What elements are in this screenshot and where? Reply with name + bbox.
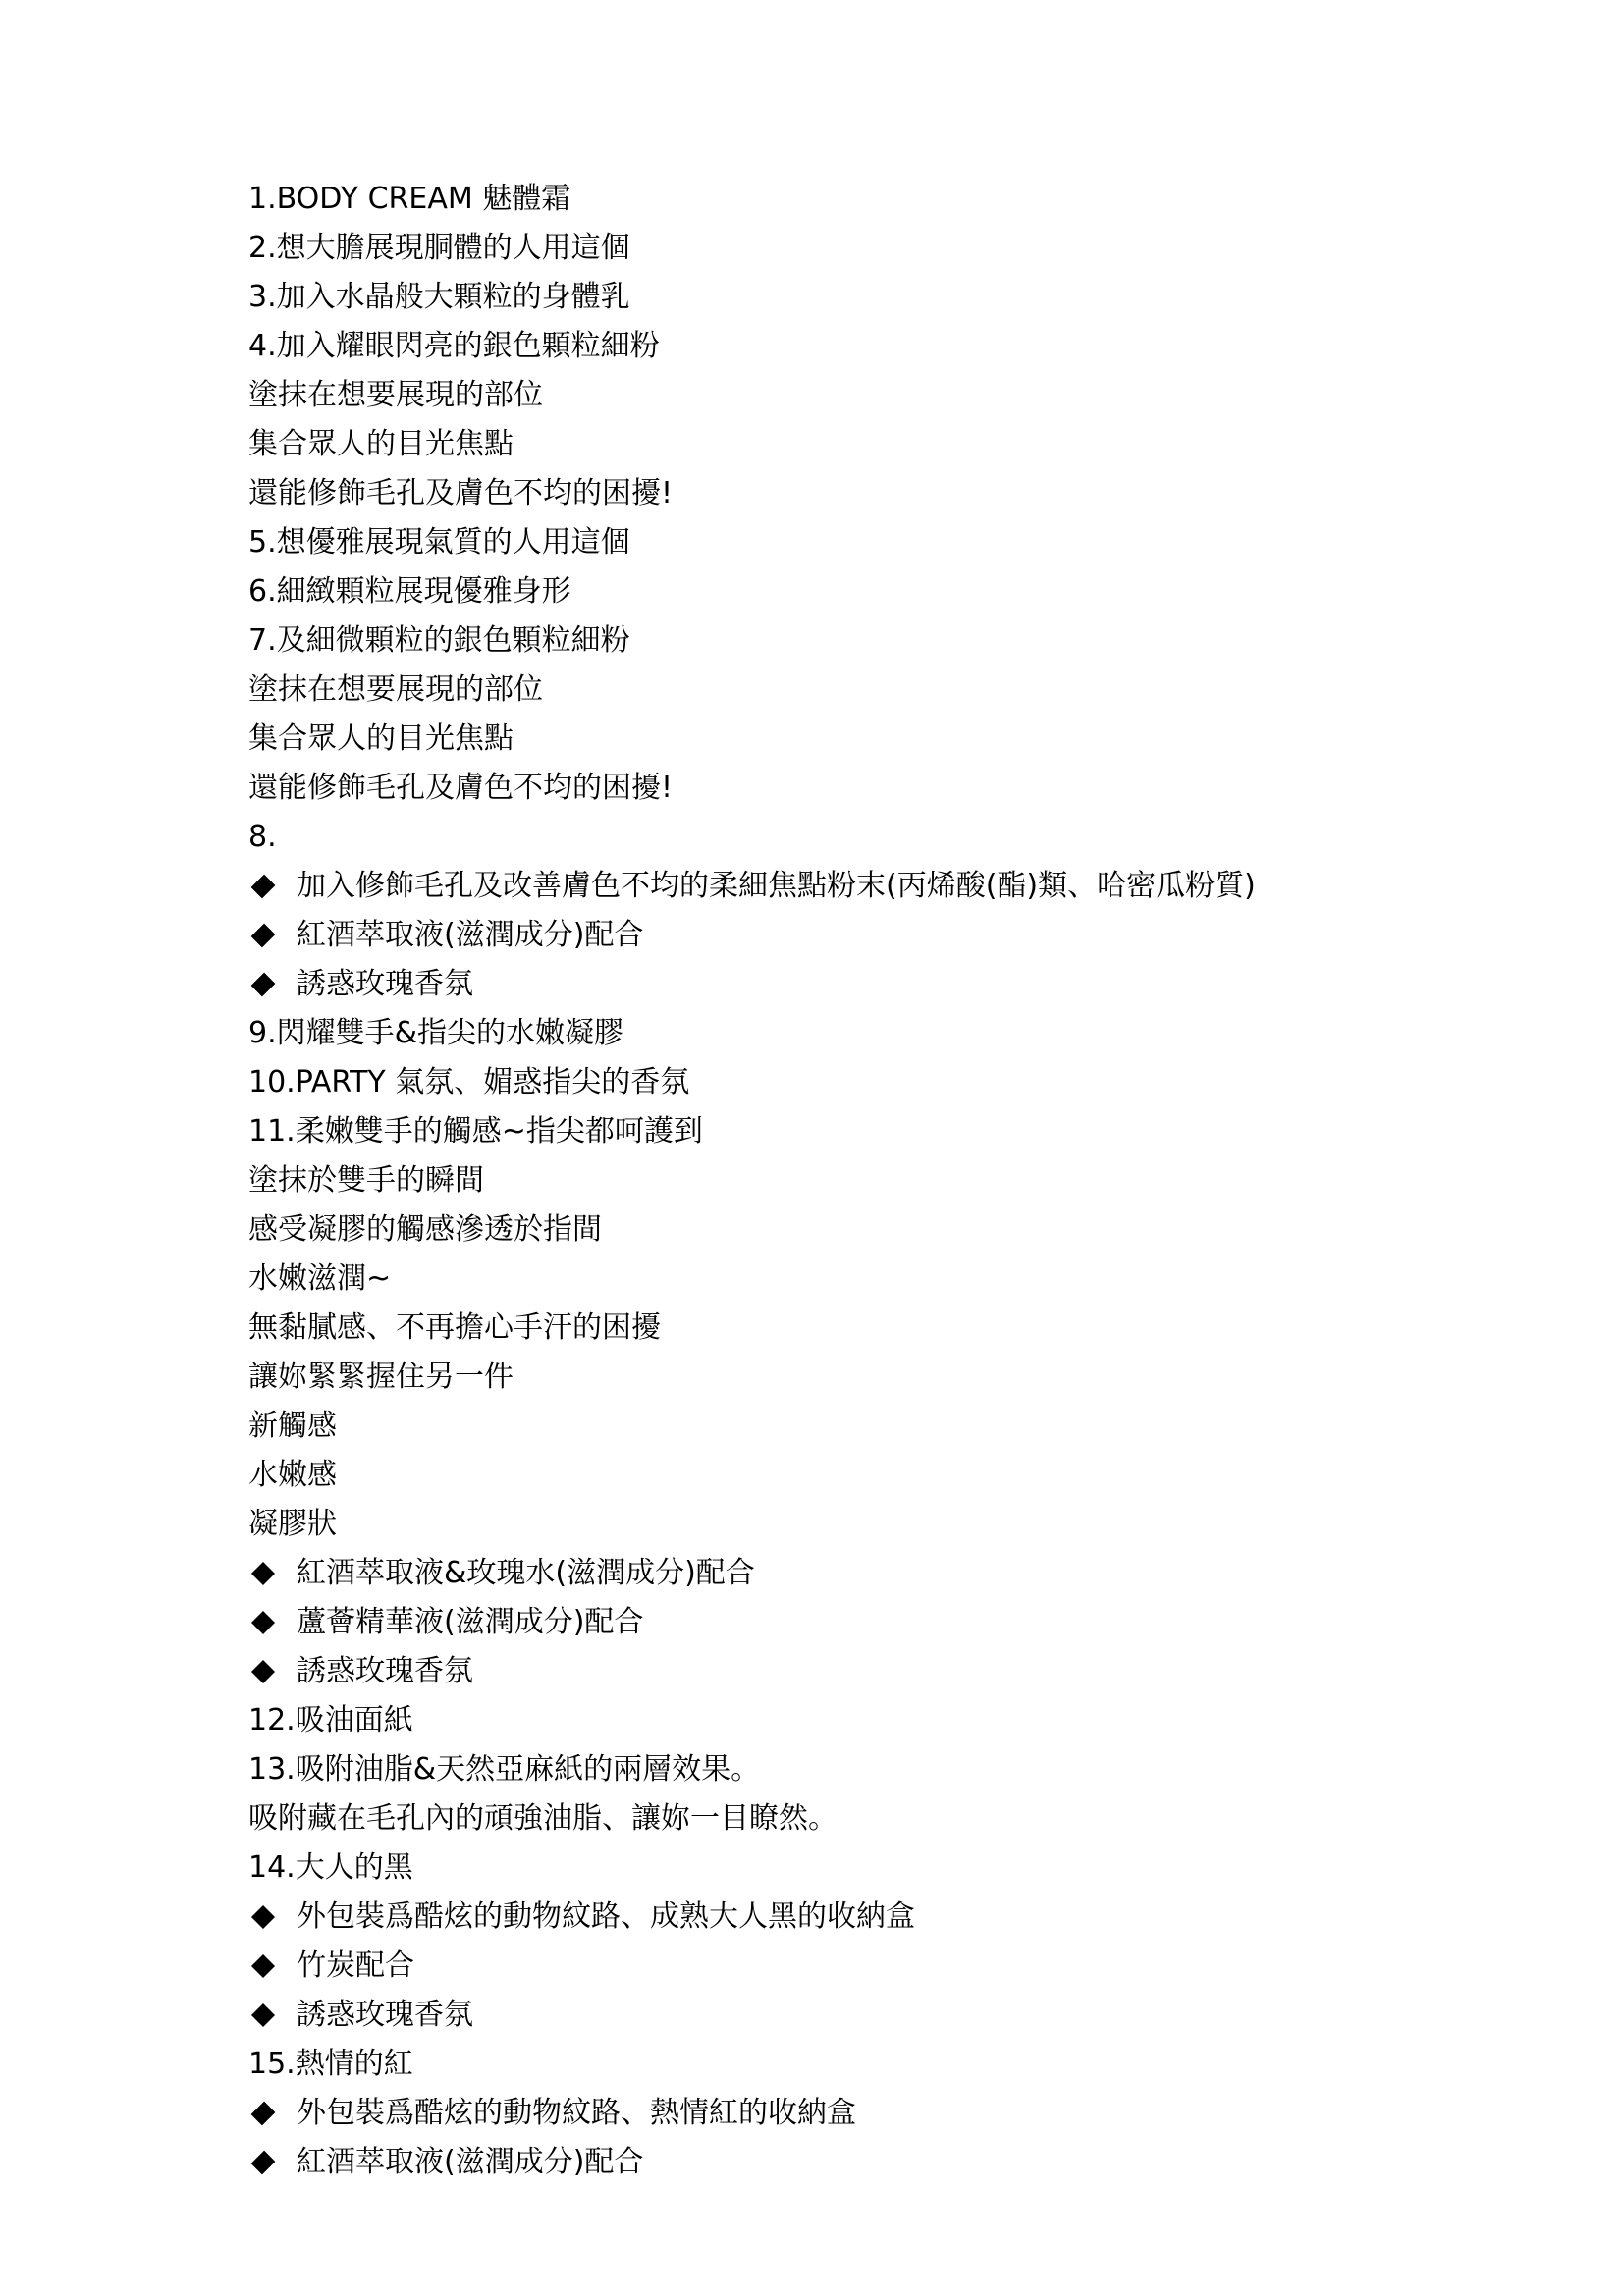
bullet-item: 蘆薈精華液(滋潤成分)配合 [248, 1598, 1427, 1647]
text-line: 4.加入耀眼閃亮的銀色顆粒細粉 [248, 322, 1427, 371]
bullet-item: 紅酒萃取液(滋潤成分)配合 [248, 2138, 1427, 2187]
text-line: 感受凝膠的觸感滲透於指間 [248, 1205, 1427, 1255]
text-line: 12.吸油面紙 [248, 1696, 1427, 1745]
text-line: 14.大人的黑 [248, 1843, 1427, 1893]
text-line: 5.想優雅展現氣質的人用這個 [248, 518, 1427, 567]
bullet-text: 蘆薈精華液(滋潤成分)配合 [297, 1598, 643, 1647]
text-line: 2.想大膽展現胴體的人用這個 [248, 224, 1427, 273]
text-line: 1.BODY CREAM 魅體霜 [248, 175, 1427, 224]
bullet-text: 誘惑玫瑰香氛 [297, 960, 473, 1009]
diamond-bullet-icon [248, 2138, 278, 2187]
text-line: 8. [248, 813, 1427, 862]
text-line: 還能修飾毛孔及膚色不均的困擾! [248, 764, 1427, 813]
bullet-item: 外包裝爲酷炫的動物紋路、成熟大人黑的收納盒 [248, 1893, 1427, 1942]
text-line: 15.熱情的紅 [248, 2040, 1427, 2089]
text-line: 讓妳緊緊握住另一件 [248, 1353, 1427, 1402]
text-line: 凝膠狀 [248, 1500, 1427, 1549]
text-line: 新觸感 [248, 1402, 1427, 1451]
text-line: 塗抹在想要展現的部位 [248, 666, 1427, 715]
diamond-bullet-icon [248, 2089, 278, 2138]
bullet-item: 誘惑玫瑰香氛 [248, 1647, 1427, 1696]
bullet-text: 紅酒萃取液&玫瑰水(滋潤成分)配合 [297, 1549, 755, 1598]
diamond-bullet-icon [248, 1647, 278, 1696]
bullet-text: 竹炭配合 [297, 1942, 414, 1991]
diamond-bullet-icon [248, 1549, 278, 1598]
text-line: 塗抹於雙手的瞬間 [248, 1156, 1427, 1205]
text-line: 塗抹在想要展現的部位 [248, 371, 1427, 420]
bullet-item: 加入修飾毛孔及改善膚色不均的柔細焦點粉末(丙烯酸(酯)類、哈密瓜粉質) [248, 862, 1427, 911]
diamond-bullet-icon [248, 1598, 278, 1647]
bullet-item: 紅酒萃取液&玫瑰水(滋潤成分)配合 [248, 1549, 1427, 1598]
diamond-bullet-icon [248, 911, 278, 960]
text-line: 10.PARTY 氣氛、媚惑指尖的香氛 [248, 1058, 1427, 1107]
bullet-text: 外包裝爲酷炫的動物紋路、成熟大人黑的收納盒 [297, 1893, 915, 1942]
text-line: 集合眾人的目光焦點 [248, 420, 1427, 469]
bullet-text: 紅酒萃取液(滋潤成分)配合 [297, 2138, 643, 2187]
document-page: 1.BODY CREAM 魅體霜 2.想大膽展現胴體的人用這個 3.加入水晶般大… [248, 175, 1427, 2187]
diamond-bullet-icon [248, 960, 278, 1009]
text-line: 9.閃耀雙手&指尖的水嫩凝膠 [248, 1009, 1427, 1058]
bullet-text: 誘惑玫瑰香氛 [297, 1991, 473, 2040]
text-line: 13.吸附油脂&天然亞麻紙的兩層效果。 [248, 1745, 1427, 1794]
bullet-item: 紅酒萃取液(滋潤成分)配合 [248, 911, 1427, 960]
text-line: 水嫩感 [248, 1451, 1427, 1500]
diamond-bullet-icon [248, 1942, 278, 1991]
text-line: 集合眾人的目光焦點 [248, 715, 1427, 764]
text-line: 11.柔嫩雙手的觸感~指尖都呵護到 [248, 1107, 1427, 1156]
text-line: 7.及細微顆粒的銀色顆粒細粉 [248, 616, 1427, 666]
bullet-item: 外包裝爲酷炫的動物紋路、熱情紅的收納盒 [248, 2089, 1427, 2138]
diamond-bullet-icon [248, 862, 278, 911]
text-line: 3.加入水晶般大顆粒的身體乳 [248, 273, 1427, 322]
diamond-bullet-icon [248, 1893, 278, 1942]
bullet-text: 外包裝爲酷炫的動物紋路、熱情紅的收納盒 [297, 2089, 856, 2138]
diamond-bullet-icon [248, 1991, 278, 2040]
bullet-text: 誘惑玫瑰香氛 [297, 1647, 473, 1696]
bullet-item: 誘惑玫瑰香氛 [248, 960, 1427, 1009]
bullet-text: 紅酒萃取液(滋潤成分)配合 [297, 911, 643, 960]
bullet-text: 加入修飾毛孔及改善膚色不均的柔細焦點粉末(丙烯酸(酯)類、哈密瓜粉質) [297, 862, 1256, 911]
bullet-item: 竹炭配合 [248, 1942, 1427, 1991]
text-line: 吸附藏在毛孔內的頑強油脂、讓妳一目瞭然。 [248, 1794, 1427, 1843]
text-line: 還能修飾毛孔及膚色不均的困擾! [248, 469, 1427, 518]
text-line: 6.細緻顆粒展現優雅身形 [248, 567, 1427, 616]
text-line: 無黏膩感、不再擔心手汗的困擾 [248, 1304, 1427, 1353]
bullet-item: 誘惑玫瑰香氛 [248, 1991, 1427, 2040]
text-line: 水嫩滋潤~ [248, 1255, 1427, 1304]
